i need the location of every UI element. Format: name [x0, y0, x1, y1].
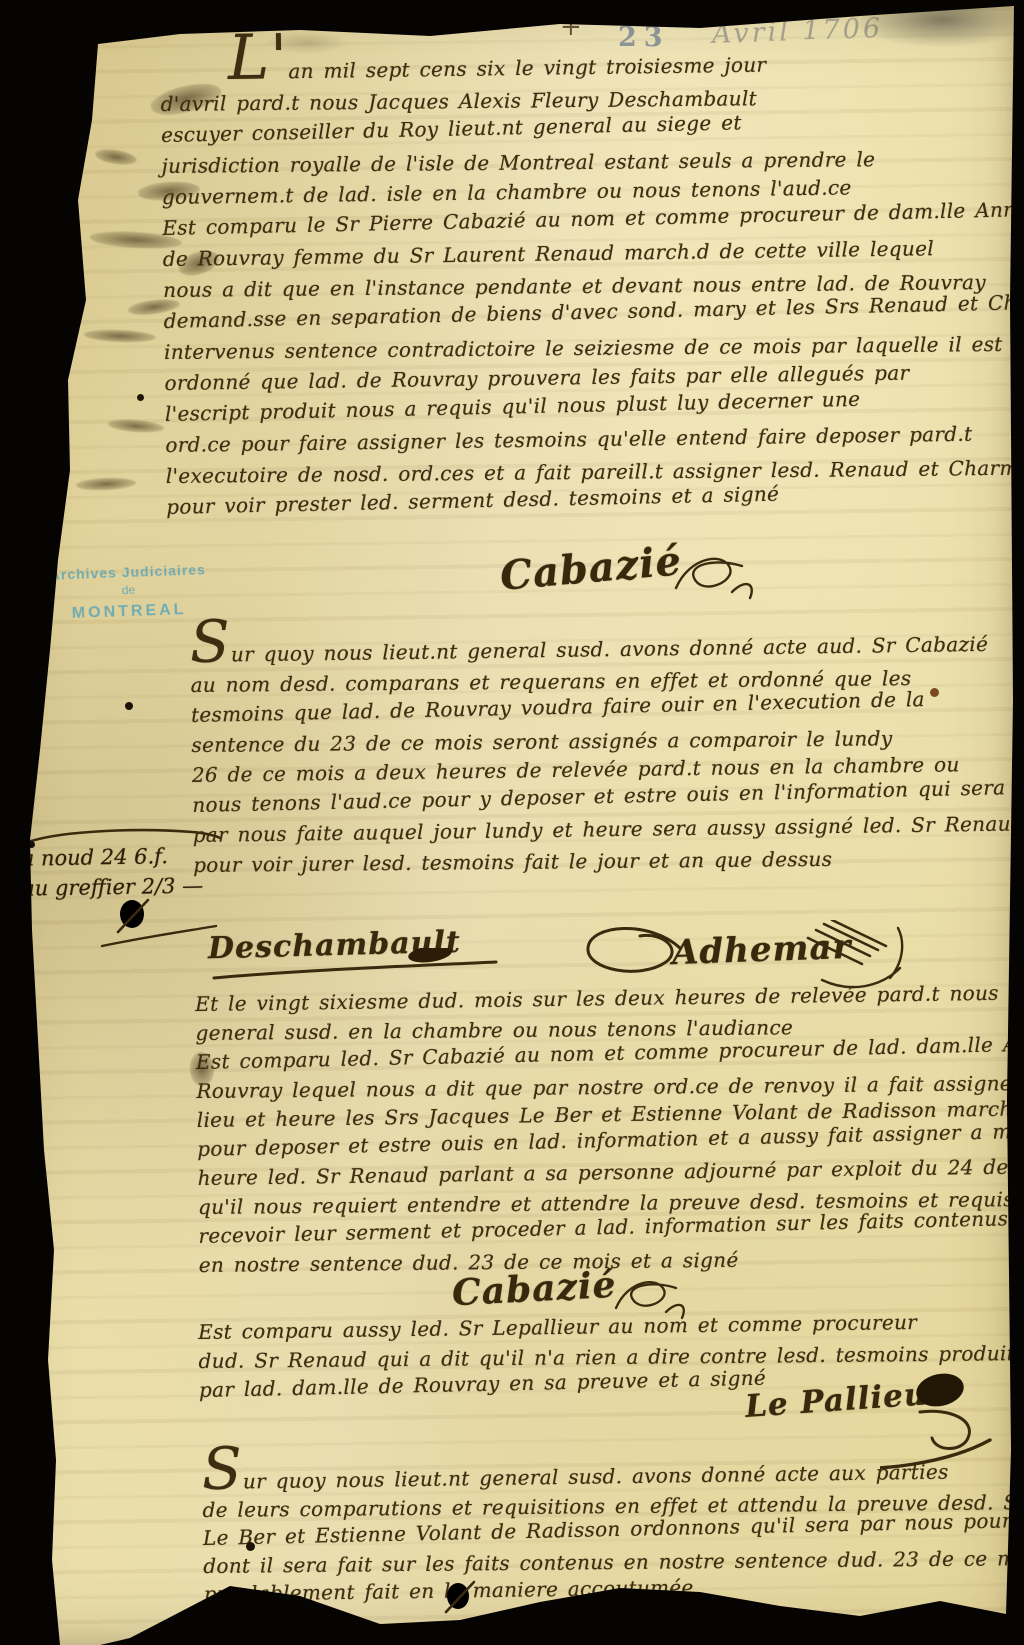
manuscript-line: 26 de ce mois a deux heures de relevée p…: [192, 748, 1022, 790]
manuscript-line: jurisdiction royalle de l'isle de Montre…: [161, 143, 1021, 182]
manuscript-line: Est comparu aussy led. Sr Lepallieur au …: [198, 1307, 998, 1347]
stamp-line-1: Archives Judiciaires: [35, 559, 221, 586]
manuscript-line: Est comparu led. Sr Cabazié au nom et co…: [196, 1030, 1021, 1077]
manuscript-line: de Rouvray femme du Sr Laurent Renaud ma…: [163, 232, 1023, 275]
margin-note-line-1: à noud 24 6.f.: [21, 840, 211, 873]
paragraph-surquoy-1: Sur quoy nous lieut.nt general susd. avo…: [190, 628, 1023, 880]
manuscript-line: Sur quoy nous lieut.nt general susd. avo…: [190, 628, 1020, 670]
ink-blot: [76, 476, 137, 491]
manuscript-line: intervenus sentence contradictoire le se…: [164, 329, 1024, 368]
signature-lepallieur: Le Pallieur: [744, 1375, 946, 1425]
manuscript-line: dud. Sr Renaud qui a dit qu'il n'a rien …: [198, 1339, 998, 1376]
manuscript-line: en nostre sentence dud. 23 de ce mois et…: [199, 1243, 1024, 1280]
manuscript-line: pour voir prester led. serment desd. tes…: [166, 473, 1024, 523]
ink-blot: [108, 418, 165, 434]
manuscript-line: dont il sera fait sur les faits contenus…: [203, 1544, 1018, 1580]
paper-speck: [246, 1542, 255, 1551]
cross-mark: +: [560, 12, 582, 42]
paragraph-surquoy-2: Sur quoy nous lieut.nt general susd. avo…: [202, 1457, 1019, 1608]
ink-blot: [190, 1052, 214, 1086]
manuscript-line: general susd. en la chambre ou nous teno…: [195, 1011, 1020, 1048]
manuscript-line: Sur quoy nous lieut.nt general susd. avo…: [202, 1457, 1017, 1496]
ink-blot: [176, 245, 223, 280]
paper-speck: [22, 1308, 28, 1314]
signature-deschambault: Deschambault: [208, 925, 462, 967]
manuscript-line: gouvernem.t de lad. isle en la chambre o…: [162, 170, 1022, 213]
manuscript-line: Le Ber et Estienne Volant de Radisson or…: [203, 1506, 1018, 1552]
closing-paraph-mark: [428, 1580, 508, 1630]
manuscript-line: par lad. dam.lle de Rouvray en sa preuve…: [199, 1359, 999, 1405]
oval-flourish-adhemar: [580, 918, 690, 988]
manuscript-line: Est comparu le Sr Pierre Cabazié au nom …: [162, 194, 1022, 244]
manuscript-line: prealablement fait en la maniere accoutu…: [204, 1569, 1019, 1608]
manuscript-line: demand.sse en separation de biens d'avec…: [163, 287, 1023, 337]
manuscript-line: de leurs comparutions et requisitions en…: [202, 1488, 1017, 1524]
manuscript-line: nous tenons l'aud.ce pour y deposer et e…: [192, 772, 1022, 820]
signature-cabazie-1: Cabazié: [498, 537, 683, 600]
manuscript-page: + 23 Avril 1706 L'an mil sept cens six l…: [0, 0, 1024, 1645]
manuscript-line: au nom desd. comparans et requerans en e…: [190, 662, 1020, 700]
margin-paraph-mark: [100, 898, 220, 950]
manuscript-line: Et le vingt sixiesme dud. mois sur les d…: [195, 978, 1020, 1019]
paragraph-lepallieur-appearance: Est comparu aussy led. Sr Lepallieur au …: [198, 1307, 999, 1405]
underline-flourish-deschambault: [212, 948, 502, 988]
manuscript-line: pour voir jurer lesd. tesmoins fait le j…: [193, 842, 1023, 880]
manuscript-line: sentence du 23 de ce mois seront assigné…: [191, 722, 1021, 760]
manuscript-line: recevoir leur serment et proceder a lad.…: [198, 1204, 1023, 1251]
manuscript-line: d'avril pard.t nous Jacques Alexis Fleur…: [161, 81, 1021, 120]
paragraph-opening: L'an mil sept cens six le vingt troisies…: [160, 46, 1024, 523]
ink-blot: [90, 230, 183, 251]
manuscript-line: l'escript produit nous a requis qu'il no…: [165, 380, 1024, 430]
folio-number: 23: [618, 22, 670, 53]
manuscript-line: L'an mil sept cens six le vingt troisies…: [160, 46, 1020, 89]
paper-speck: [137, 394, 144, 401]
manuscript-line: ord.ce pour faire assigner les tesmoins …: [165, 418, 1024, 461]
ink-blot: [94, 147, 138, 167]
manuscript-line: escuyer conseiller du Roy lieut.nt gener…: [161, 101, 1021, 151]
signature-cabazie-2: Cabazié: [451, 1264, 617, 1315]
manuscript-line: par nous faite auquel jour lundy et heur…: [193, 808, 1023, 850]
manuscript-line: l'executoire de nosd. ord.ces et a fait …: [166, 453, 1024, 492]
manuscript-line: pour deposer et estre ouis en lad. infor…: [197, 1117, 1022, 1164]
blot-flourish-lepallieur: [880, 1368, 1010, 1478]
paper-speck: [125, 702, 133, 710]
pencil-date: Avril 1706: [712, 13, 884, 50]
margin-fee-note: à noud 24 6.f. au greffier 2/3 —: [21, 840, 212, 903]
manuscript-line: tesmoins que lad. de Rouvray voudra fair…: [191, 682, 1021, 730]
stamp-line-3: MONTREAL: [36, 596, 222, 626]
ink-blot: [137, 179, 200, 202]
paper-speck: [28, 841, 35, 848]
hatch-paraph-adhemar: [802, 920, 912, 1000]
manuscript-line: lieu et heure les Srs Jacques Le Ber et …: [197, 1094, 1022, 1135]
archive-stamp: Archives Judiciaires de MONTREAL: [35, 559, 222, 626]
ink-blot: [127, 296, 180, 317]
paragraph-second-session: Et le vingt sixiesme dud. mois sur les d…: [195, 978, 1024, 1279]
stamp-line-2: de: [36, 579, 221, 603]
manuscript-line: heure led. Sr Renaud parlant a sa person…: [197, 1152, 1022, 1193]
signature-adhemar: Adhemar: [671, 927, 852, 973]
ink-blot: [84, 329, 156, 344]
manuscript-line: Rouvray lequel nous a dit que par nostre…: [196, 1069, 1021, 1106]
margin-note-line-2: au greffier 2/3 —: [22, 870, 212, 903]
manuscript-line: ordonné que lad. de Rouvray prouvera les…: [164, 356, 1024, 399]
paper-speck: [930, 688, 939, 697]
ink-blot: [148, 77, 224, 121]
manuscript-line: qu'il nous requiert entendre et attendre…: [198, 1185, 1023, 1222]
paraph-flourish-cabazie-1: [672, 548, 762, 604]
manuscript-line: nous a dit que en l'instance pendante et…: [163, 267, 1023, 306]
paraph-flourish-cabazie-2: [612, 1272, 692, 1322]
margin-overline-stroke: [24, 824, 224, 846]
